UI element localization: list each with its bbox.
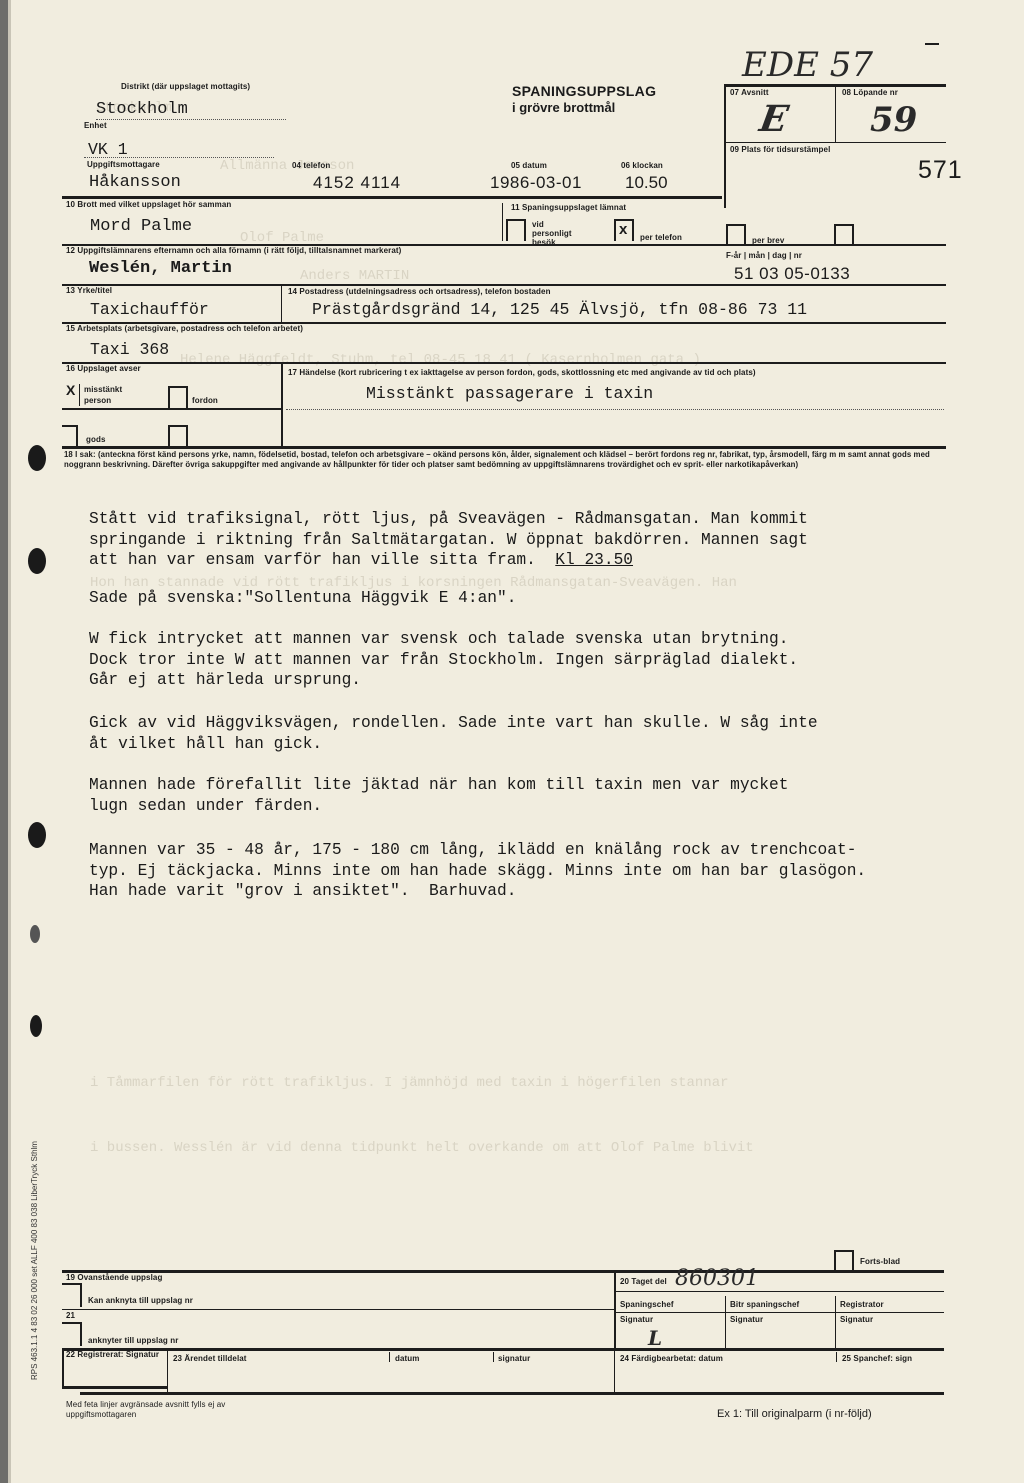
punch-hole (28, 822, 46, 848)
statement-paragraph-5: Mannen hade förefallit lite jäktad när h… (89, 775, 788, 816)
page-edge-shadow (8, 0, 11, 1483)
page-number: 571 (918, 156, 963, 185)
section-value: E (752, 98, 795, 140)
asst-chief-label: Bitr spaningschef (730, 1300, 799, 1309)
link-label: Kan anknyta till uppslag nr (88, 1296, 193, 1305)
punch-hole (30, 925, 40, 943)
checkbox-personal-visit[interactable] (506, 219, 526, 241)
district-underline (96, 119, 286, 120)
checkbox-phone[interactable]: x (614, 219, 634, 241)
statement-paragraph-2: Sade på svenska:"Sollentuna Häggvik E 4:… (89, 588, 516, 609)
crime-label: 10 Brott med vilket uppslaget hör samman (66, 200, 231, 209)
section-divider (62, 408, 281, 410)
address-value: Prästgårdsgränd 14, 125 45 Älvsjö, tfn 0… (312, 300, 807, 319)
workplace-label: 15 Arbetsplats (arbetsgivare, postadress… (66, 324, 303, 333)
registered-label: 22 Registrerat: Signatur (66, 1350, 166, 1360)
form-subtitle: i grövre brottmål (512, 100, 615, 115)
stamp-label: 09 Plats för tidsurstämpel (730, 145, 830, 154)
event-underline (286, 409, 944, 410)
workplace-value: Taxi 368 (90, 340, 169, 359)
occupation-label: 13 Yrke/titel (66, 286, 112, 295)
link2-label: anknyter till uppslag nr (88, 1336, 178, 1345)
date-label: 05 datum (511, 161, 547, 170)
punch-hole (30, 1015, 42, 1037)
reviewed-value: 860301 (675, 1266, 759, 1291)
phone-value: 4152 4114 (313, 173, 401, 193)
section-divider (62, 362, 946, 364)
field-divider (725, 1296, 726, 1350)
box-border (62, 1348, 64, 1388)
checkbox-letter[interactable] (726, 224, 746, 246)
unit-label: Enhet (84, 121, 107, 130)
option-goods: gods (86, 435, 106, 444)
box-border (62, 1386, 167, 1389)
field-divider (836, 1352, 837, 1362)
section-label: 07 Avsnitt (730, 88, 769, 97)
option-vehicle: fordon (192, 396, 218, 405)
concerns-label: 16 Uppslaget avser (66, 364, 141, 373)
field-divider (614, 1350, 615, 1392)
box-left-border (724, 84, 726, 208)
page-edge (0, 0, 8, 1483)
section-divider (62, 1309, 614, 1310)
reviewed-label: 20 Taget del (620, 1277, 667, 1286)
section-divider (62, 1348, 944, 1351)
time-value: 10.50 (625, 173, 668, 193)
serial-label: 08 Löpande nr (842, 88, 898, 97)
section-divider (614, 1291, 944, 1292)
chief-label: Spaningschef (620, 1300, 674, 1309)
checkbox-other[interactable] (834, 224, 854, 246)
details-label: 18 I sak: (anteckna först känd persons y… (64, 450, 944, 469)
box-mid-border (726, 142, 946, 143)
date-col-label: datum (395, 1354, 420, 1363)
punch-hole (28, 445, 46, 471)
checkbox-link[interactable] (62, 1283, 82, 1307)
serial-value: 59 (870, 100, 917, 140)
dob-label: F-år | mån | dag | nr (726, 251, 802, 260)
assigned-label: 23 Ärendet tilldelat (173, 1354, 247, 1363)
section-divider (80, 1392, 944, 1395)
field-divider (389, 1352, 390, 1362)
field-divider (281, 362, 283, 447)
footer-copy: Ex 1: Till originalparm (i nr-följd) (717, 1408, 872, 1420)
checkbox-continuation[interactable] (834, 1250, 854, 1270)
time-note: Kl 23.50 (555, 551, 633, 569)
date-value: 1986-03-01 (490, 173, 582, 193)
district-label: Distrikt (där uppslaget mottagits) (121, 82, 250, 91)
section-divider (62, 446, 946, 449)
registrar-label: Registrator (840, 1300, 884, 1309)
side-print-code: RPS 463.1.1 4 83 02 26 000 set ALLF 400 … (30, 1141, 39, 1380)
checkbox-suspect-person[interactable]: X (66, 382, 75, 398)
receiver-value: Håkansson (89, 173, 181, 192)
section-divider (62, 1270, 944, 1273)
field-divider (614, 1270, 616, 1350)
informant-name-value: Weslén, Martin (89, 259, 232, 278)
option-suspect-person: misstänkt person (84, 384, 134, 406)
statement-paragraph-4: Gick av vid Häggviksvägen, rondellen. Sa… (89, 713, 818, 754)
address-label: 14 Postadress (utdelningsadress och orts… (288, 287, 551, 296)
field-divider (167, 1350, 168, 1392)
option-phone: per telefon (640, 233, 682, 242)
box-divider (835, 86, 836, 142)
phone-label: 04 telefon (292, 161, 330, 170)
registrar-signature-label: Signatur (840, 1315, 873, 1324)
section-divider (614, 1312, 944, 1313)
sign-col-label: signatur (498, 1354, 530, 1363)
submitted-label: 11 Spaningsuppslaget lämnat (511, 203, 626, 212)
dob-value: 51 03 05-0133 (734, 264, 850, 284)
checkbox-edge (79, 384, 80, 406)
field-divider (493, 1352, 494, 1362)
occupation-value: Taxichaufför (90, 300, 209, 319)
field-21-label: 21 (66, 1311, 75, 1320)
receiver-label: Uppgiftsmottagare (87, 160, 160, 169)
checkbox-link-2[interactable] (62, 1322, 82, 1346)
event-value: Misstänkt passagerare i taxin (366, 384, 653, 403)
field-divider (835, 1296, 836, 1350)
statement-paragraph-1: Stått vid trafiksignal, rött ljus, på Sv… (89, 509, 808, 571)
statement-paragraph-6: Mannen var 35 - 48 år, 175 - 180 cm lång… (89, 840, 866, 902)
section-divider (62, 196, 722, 199)
above-label: 19 Ovanstående uppslag (66, 1273, 162, 1282)
section-divider (62, 284, 946, 286)
event-label: 17 Händelse (kort rubricering t ex iaktt… (288, 368, 938, 377)
processed-label: 24 Färdigbearbetat: datum (620, 1354, 723, 1363)
corner-mark (925, 43, 939, 45)
field-divider (502, 203, 503, 241)
option-personal-visit: vid personligt besök (532, 220, 582, 247)
checkbox-vehicle[interactable] (168, 386, 188, 408)
handwritten-reference: EDE 57 (742, 45, 873, 85)
footer-note: Med feta linjer avgränsade avsnitt fylls… (66, 1400, 286, 1420)
checkbox-goods[interactable] (62, 425, 78, 447)
form-title: SPANINGSUPPSLAG (512, 83, 656, 99)
punch-hole (28, 548, 46, 574)
chief-signature-label: Signatur (620, 1315, 653, 1324)
chief-sign-label: 25 Spanchef: sign (842, 1354, 912, 1363)
chief-signature: L (648, 1326, 662, 1350)
field-divider (281, 286, 282, 322)
asst-signature-label: Signatur (730, 1315, 763, 1324)
informant-name-label: 12 Uppgiftslämnarens efternamn och alla … (66, 246, 401, 255)
checkbox-other-concern[interactable] (168, 425, 188, 447)
unit-underline (84, 157, 274, 158)
crime-value: Mord Palme (90, 217, 192, 236)
district-value: Stockholm (96, 100, 188, 119)
statement-paragraph-3: W fick intrycket att mannen var svensk o… (89, 629, 798, 691)
time-label: 06 klockan (621, 161, 663, 170)
continuation-label: Forts-blad (860, 1257, 900, 1266)
